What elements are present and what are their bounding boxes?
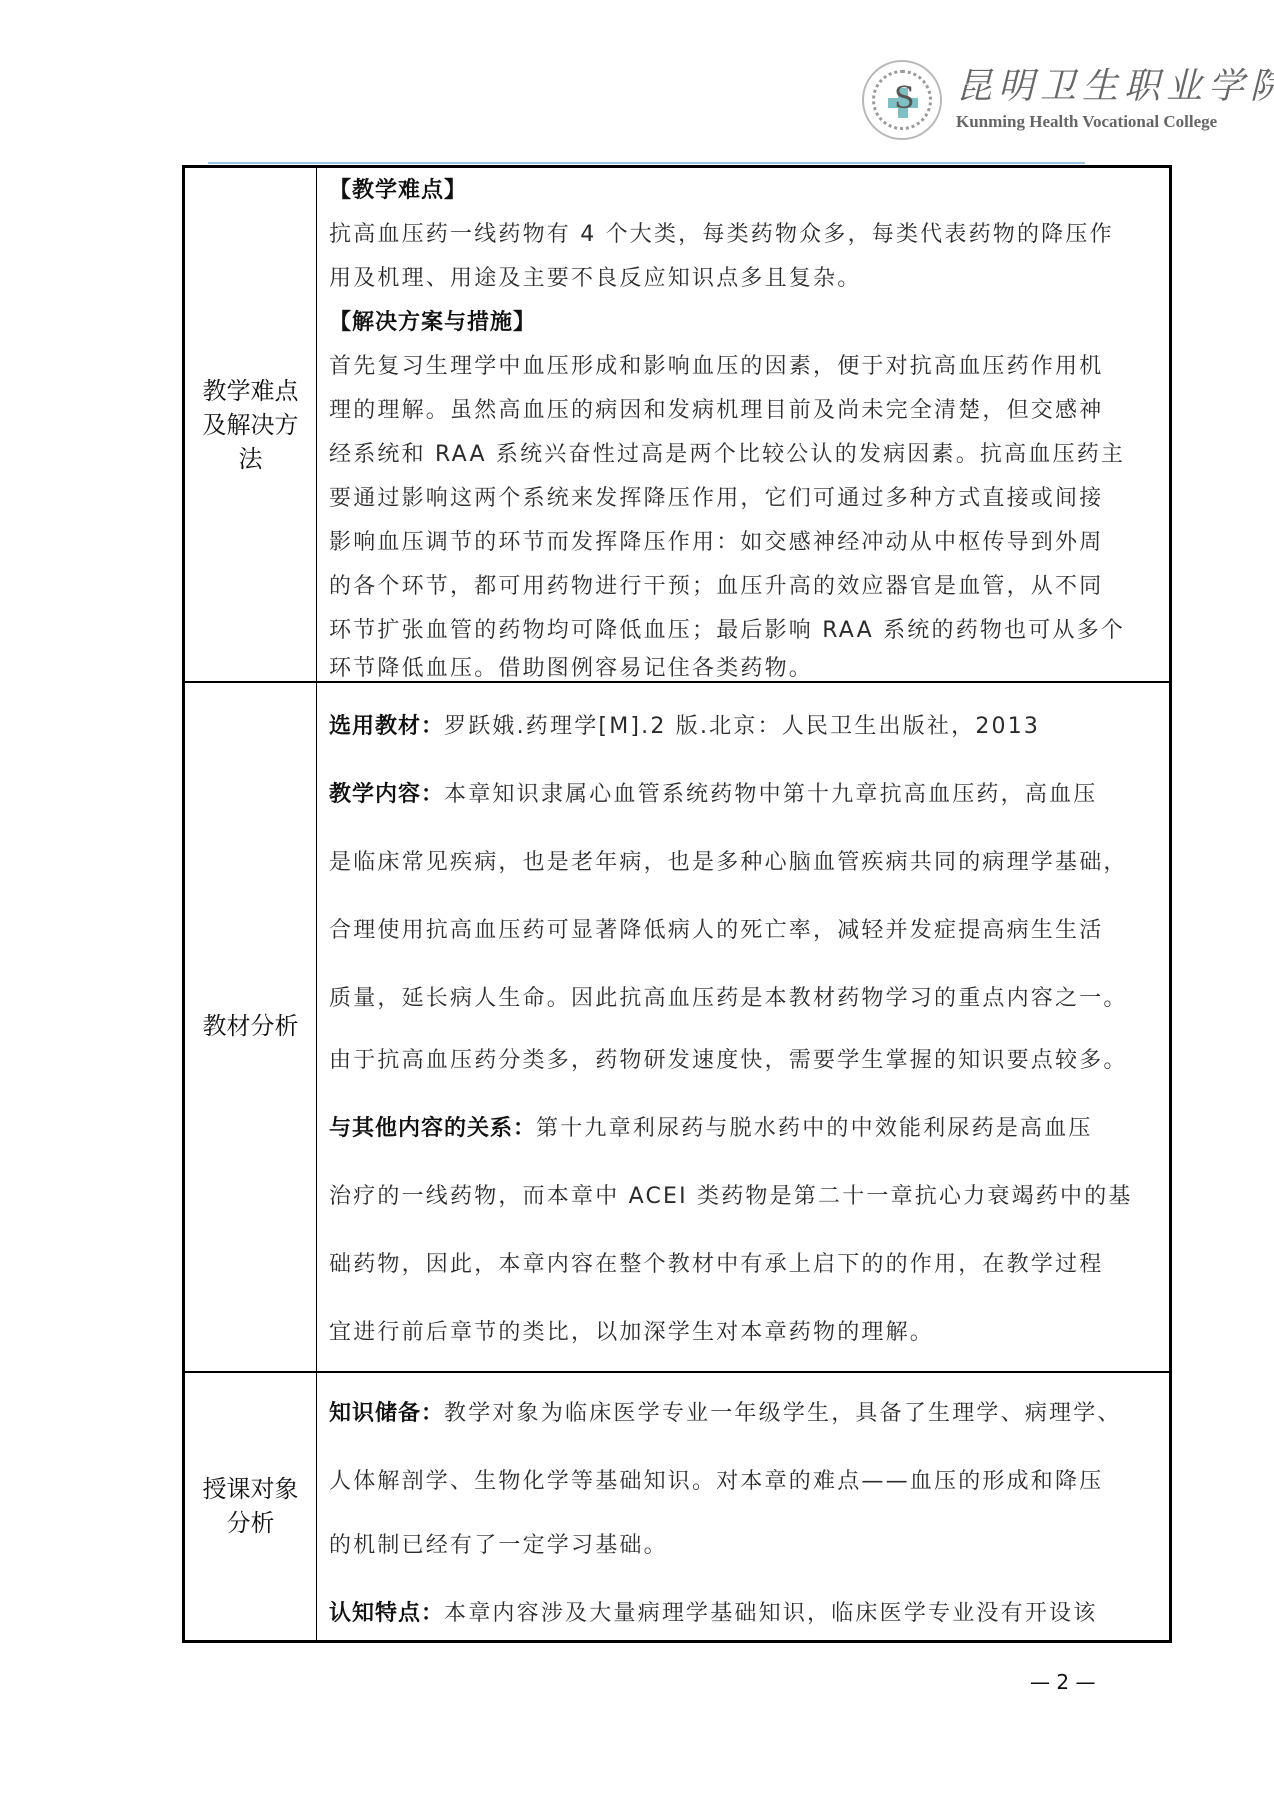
section-heading: 【解决方案与措施】 [329,305,1157,336]
lesson-plan-table: 教学难点 及解决方 法 【教学难点】 抗高血压药一线药物有 4 个大类，每类药物… [182,165,1172,1643]
text-line: 合理使用抗高血压药可显著降低病人的死亡率，减轻并发症提高病生生活 [329,913,1157,944]
text-line: 是临床常见疾病，也是老年病，也是多种心脑血管疾病共同的病理学基础， [329,845,1157,876]
text-line: 环节扩张血管的药物均可降低血压；最后影响 RAA 系统的药物也可从多个 [329,613,1157,644]
row-label-line: 授课对象 [203,1472,299,1506]
college-logo: S 昆明卫生职业学院 Kunming Health Vocational Col… [860,56,1230,148]
table-row-textbook-analysis: 教材分析 选用教材：罗跃娥.药理学[M].2 版.北京：人民卫生出版社，2013… [185,681,1169,1373]
text-line: 理的理解。虽然高血压的病因和发病机理目前及尚未完全清楚，但交感神 [329,393,1157,424]
text-line: 治疗的一线药物，而本章中 ACEI 类药物是第二十一章抗心力衰竭药中的基 [329,1179,1157,1210]
page-number: — 2 — [1030,1670,1095,1694]
row-label-line: 及解决方 [203,408,299,442]
row-label-line: 教材分析 [203,1009,299,1043]
row-label: 教学难点 及解决方 法 [185,168,317,681]
text-line: 知识储备：教学对象为临床医学专业一年级学生，具备了生理学、病理学、 [329,1396,1157,1427]
text-line: 抗高血压药一线药物有 4 个大类，每类药物众多，每类代表药物的降压作 [329,217,1157,248]
text-line: 认知特点：本章内容涉及大量病理学基础知识，临床医学专业没有开设该 [329,1596,1157,1627]
text-line: 选用教材：罗跃娥.药理学[M].2 版.北京：人民卫生出版社，2013 [329,709,1157,740]
section-heading: 【教学难点】 [329,173,1157,204]
header-rule [208,162,1085,164]
row-label-line: 教学难点 [203,374,299,408]
text-line: 的各个环节，都可用药物进行干预；血压升高的效应器官是血管，从不同 [329,569,1157,600]
text-line: 的机制已经有了一定学习基础。 [329,1528,1157,1559]
text-line: 环节降低血压。借助图例容易记住各类药物。 [329,651,1157,682]
text-line: 要通过影响这两个系统来发挥降压作用，它们可通过多种方式直接或间接 [329,481,1157,512]
text-line: 用及机理、用途及主要不良反应知识点多且复杂。 [329,261,1157,292]
text-line: 宜进行前后章节的类比，以加深学生对本章药物的理解。 [329,1315,1157,1346]
text-line: 与其他内容的关系：第十九章利尿药与脱水药中的中效能利尿药是高血压 [329,1111,1157,1142]
row-label-line: 法 [203,442,299,476]
row-label: 教材分析 [185,681,317,1371]
text-line: 人体解剖学、生物化学等基础知识。对本章的难点——血压的形成和降压 [329,1464,1157,1495]
table-row-teaching-difficulties: 教学难点 及解决方 法 【教学难点】 抗高血压药一线药物有 4 个大类，每类药物… [185,168,1169,683]
college-name-en: Kunming Health Vocational College [956,112,1217,132]
table-row-student-analysis: 授课对象 分析 知识储备：教学对象为临床医学专业一年级学生，具备了生理学、病理学… [185,1372,1169,1640]
row-label-line: 分析 [203,1506,299,1540]
text-line: 影响血压调节的环节而发挥降压作用：如交感神经冲动从中枢传导到外周 [329,525,1157,556]
text-line: 质量，延长病人生命。因此抗高血压药是本教材药物学习的重点内容之一。 [329,981,1157,1012]
text-line: 由于抗高血压药分类多，药物研发速度快，需要学生掌握的知识要点较多。 [329,1043,1157,1074]
college-name-cn: 昆明卫生职业学院 [956,58,1274,109]
text-line: 教学内容：本章知识隶属心血管系统药物中第十九章抗高血压药，高血压 [329,777,1157,808]
text-line: 础药物，因此，本章内容在整个教材中有承上启下的的作用，在教学过程 [329,1247,1157,1278]
college-emblem-icon: S [862,60,942,140]
text-line: 经系统和 RAA 系统兴奋性过高是两个比较公认的发病因素。抗高血压药主 [329,437,1157,468]
row-label: 授课对象 分析 [185,1372,317,1640]
text-line: 首先复习生理学中血压形成和影响血压的因素，便于对抗高血压药作用机 [329,349,1157,380]
